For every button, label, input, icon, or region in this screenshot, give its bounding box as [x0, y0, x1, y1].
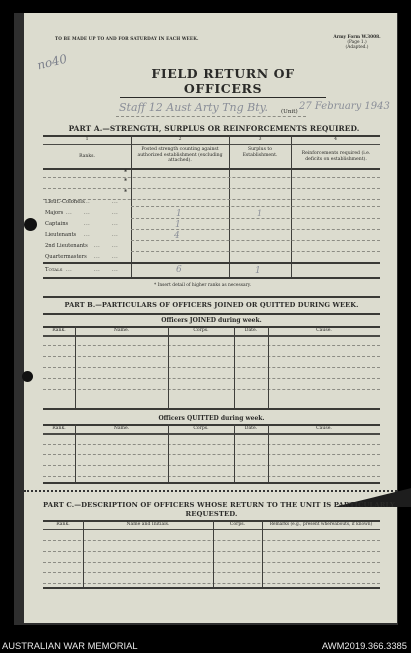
row-line [43, 562, 380, 563]
column-header-rank: Rank. [43, 522, 83, 527]
column-header-ranks: Ranks. [43, 154, 131, 160]
column-number-2: 2 [131, 137, 229, 142]
column-header-name: Name. [75, 426, 168, 431]
divider [43, 277, 380, 279]
leader-dots: ... [112, 221, 118, 227]
divider [43, 587, 380, 589]
punch-hole [22, 371, 33, 382]
column-number-1: 1 [43, 137, 131, 142]
column-number-4: 4 [291, 137, 380, 142]
leader-dots: ... [94, 254, 100, 260]
column-divider [268, 424, 269, 482]
column-header-reinforcements: Reinforcements required (i.e. deficits o… [294, 151, 378, 162]
rank-label: Lieut.-Colonels [45, 199, 85, 205]
column-divider [168, 326, 169, 408]
row-line [43, 367, 380, 368]
row-line [43, 177, 380, 178]
row-line [43, 444, 380, 445]
form-reference: Army Form W.3008. (Page 1.) (Adapted.) [327, 35, 387, 50]
form-ref-line3: (Adapted.) [327, 45, 387, 50]
unit-underline [116, 116, 306, 117]
leader-dots: ... [112, 243, 118, 249]
punch-hole [24, 218, 37, 231]
column-header-cause: Cause. [268, 328, 380, 333]
column-divider [213, 520, 214, 587]
unit-label: (Unit) [281, 109, 298, 115]
column-header-date: Date. [234, 426, 268, 431]
totals-surplus-value: 1 [255, 266, 261, 276]
divider [43, 144, 380, 145]
column-header-name-initials: Name and Initials. [83, 522, 213, 527]
column-header-surplus: Surplus to Establishment. [236, 147, 284, 158]
date-handwritten: 27 February 1943 [299, 101, 390, 112]
leader-dots: ... [84, 221, 90, 227]
column-header-name: Name. [75, 328, 168, 333]
column-divider [83, 520, 84, 587]
divider [43, 168, 380, 170]
part-a-title: PART A.—STRENGTH, SURPLUS OR REINFORCEME… [64, 124, 364, 133]
totals-label: Totals [45, 267, 62, 273]
column-header-corps: Corps. [168, 426, 234, 431]
asterisk-marker: * [124, 169, 127, 176]
column-header-rank: Rank. [43, 426, 75, 431]
row-line [43, 389, 380, 390]
divider [43, 335, 380, 337]
asterisk-marker: * [124, 178, 127, 185]
document-page: TO BE MADE UP TO AND FOR SATURDAY IN EAC… [24, 13, 397, 623]
leader-dots: ... [66, 267, 72, 273]
column-header-remarks: Remarks (e.g., present whereabouts, if k… [262, 522, 380, 527]
leader-dots: ... [112, 254, 118, 260]
row-line [43, 378, 380, 379]
row-line [131, 251, 380, 252]
leader-dots: ... [94, 267, 100, 273]
leader-dots: ... [84, 199, 90, 205]
leader-dots: ... [94, 243, 100, 249]
footnote: * Insert detail of higher ranks as neces… [154, 283, 251, 288]
perforation-line [24, 490, 397, 492]
row-line [131, 206, 380, 207]
divider [43, 313, 380, 315]
column-divider [75, 424, 76, 482]
part-c-title-line2: REQUESTED. [43, 510, 380, 518]
leader-dots: ... [112, 199, 118, 205]
leader-dots: ... [112, 210, 118, 216]
column-number-3: 3 [229, 137, 291, 142]
row-line [131, 240, 380, 241]
row-line [43, 454, 380, 455]
rank-label: 2nd Lieutenants [45, 243, 88, 249]
row-line [43, 540, 380, 541]
row-line [131, 218, 380, 219]
rank-label: Lieutenants [45, 232, 76, 238]
row-line [131, 229, 380, 230]
row-line [43, 199, 380, 200]
institution-label: AUSTRALIAN WAR MEMORIAL [2, 640, 138, 651]
handwritten-number: no40 [36, 52, 69, 73]
row-line [43, 551, 380, 552]
quitted-table-title: Officers QUITTED during week. [43, 415, 380, 422]
part-c-title-line1: PART C.—DESCRIPTION OF OFFICERS WHOSE RE… [43, 501, 380, 509]
row-line [43, 188, 380, 189]
row-line [43, 583, 380, 584]
divider [43, 408, 380, 410]
surplus-value: 1 [257, 209, 262, 218]
divider [43, 529, 380, 530]
column-divider [75, 326, 76, 408]
rank-label: Majors [45, 210, 63, 216]
column-divider [168, 424, 169, 482]
divider [43, 482, 380, 484]
page-title: FIELD RETURN OF OFFICERS [120, 66, 326, 98]
column-divider [234, 424, 235, 482]
totals-posted-value: 6 [176, 265, 182, 275]
column-header-corps: Corps. [168, 328, 234, 333]
divider [43, 296, 380, 298]
column-header-date: Date. [234, 328, 268, 333]
row-line [43, 345, 380, 346]
leader-dots: ... [66, 210, 72, 216]
joined-table-title: Officers JOINED during week. [43, 317, 380, 324]
divider [43, 433, 380, 435]
unit-handwritten: Staff 12 Aust Arty Tng Bty. [119, 101, 268, 114]
accession-number: AWM2019.366.3385 [322, 640, 407, 651]
part-b-title: PART B.—PARTICULARS OF OFFICERS JOINED O… [43, 301, 380, 309]
row-line [43, 476, 380, 477]
column-header-corps: Corps. [213, 522, 262, 527]
column-header-cause: Cause. [268, 426, 380, 431]
divider [43, 262, 380, 264]
leader-dots: ... [84, 232, 90, 238]
rank-label: Quartermasters [45, 254, 87, 260]
header-instruction: TO BE MADE UP TO AND FOR SATURDAY IN EAC… [55, 36, 199, 41]
leader-dots: ... [84, 210, 90, 216]
column-divider [262, 520, 263, 587]
column-header-rank: Rank. [43, 328, 75, 333]
rank-label: Captains [45, 221, 68, 227]
row-line [43, 572, 380, 573]
row-line [43, 465, 380, 466]
leader-dots: ... [112, 232, 118, 238]
column-divider [268, 326, 269, 408]
column-divider [234, 326, 235, 408]
column-header-posted: Posted strength counting against authori… [134, 147, 226, 164]
leader-dots: ... [112, 267, 118, 273]
asterisk-marker: * [124, 189, 127, 196]
row-line [43, 356, 380, 357]
